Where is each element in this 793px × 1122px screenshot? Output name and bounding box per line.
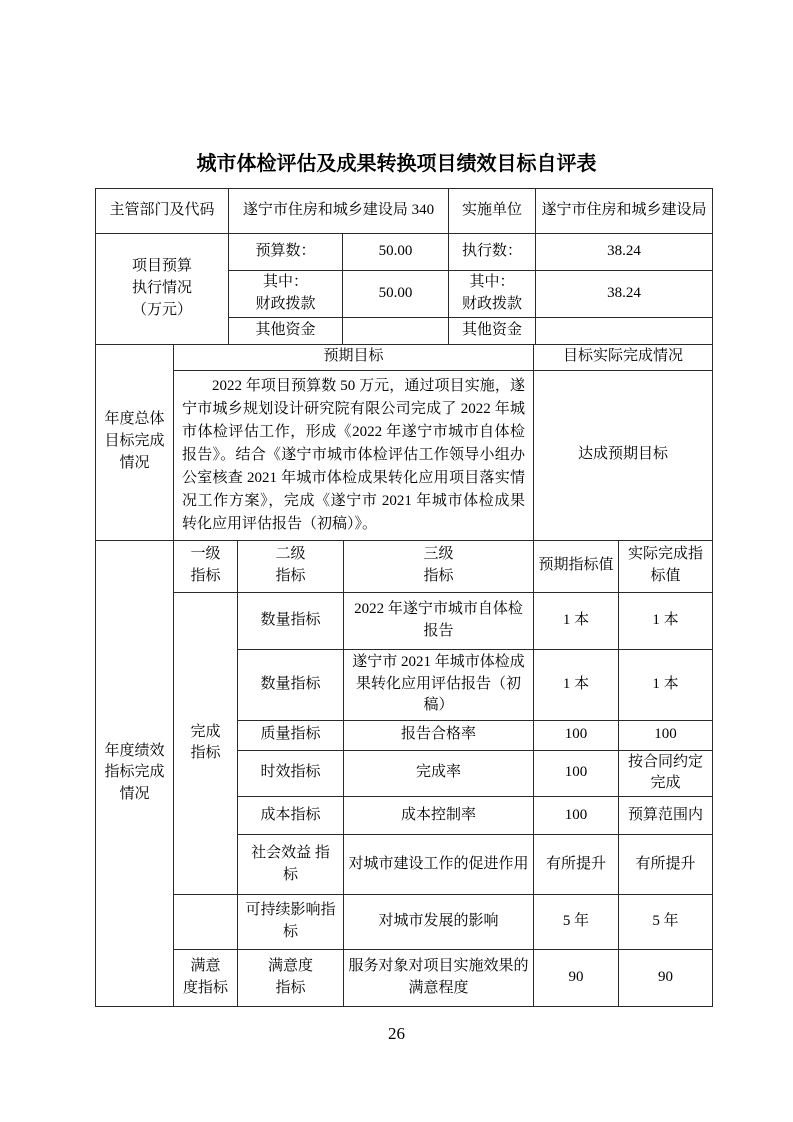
indicator-l2: 数量指标: [238, 592, 344, 649]
annual-goal-section-label: 年度总体 目标完成 情况: [96, 344, 174, 540]
header-level3: 三级 指标: [344, 540, 534, 592]
indicator-expected: 100: [534, 750, 619, 797]
level1-satisfaction-label: 满意 度指标: [174, 950, 238, 1007]
budget-section-label: 项目预算 执行情况 （万元）: [96, 234, 229, 345]
indicator-l3: 成本控制率: [344, 797, 534, 835]
execution-other-funds-value: [536, 317, 713, 344]
actual-goal-header: 目标实际完成情况: [534, 344, 713, 370]
indicator-actual: 100: [619, 720, 713, 750]
indicator-l2: 社会效益 指 标: [238, 835, 344, 895]
self-evaluation-table: 主管部门及代码 遂宁市住房和城乡建设局 340 实施单位 遂宁市住房和城乡建设局…: [95, 188, 712, 1007]
budget-amount-value: 50.00: [343, 234, 449, 271]
page-number: 26: [0, 1024, 793, 1044]
table-row: 主管部门及代码 遂宁市住房和城乡建设局 340 实施单位 遂宁市住房和城乡建设局: [96, 189, 713, 234]
table-row: 可持续影响指 标 对城市发展的影响 5 年 5 年: [96, 895, 713, 950]
indicator-expected: 100: [534, 720, 619, 750]
table-row: 满意 度指标 满意度 指标 服务对象对项目实施效果的满意程度 90 90: [96, 950, 713, 1007]
indicator-expected: 5 年: [534, 895, 619, 950]
indicator-expected: 1 本: [534, 649, 619, 720]
actual-goal-text: 达成预期目标: [534, 370, 713, 540]
header-expected-value: 预期指标值: [534, 540, 619, 592]
execution-fiscal-label: 其中： 财政拨款: [449, 271, 536, 318]
execution-fiscal-value: 38.24: [536, 271, 713, 318]
indicator-l3: 对城市建设工作的促进作用: [344, 835, 534, 895]
table-row: 完成 指标 数量指标 2022 年遂宁市城市自体检报告 1 本 1 本: [96, 592, 713, 649]
indicators-table: 年度绩效 指标完成 情况 一级 指标 二级 指标 三级 指标 预期指标值 实际完…: [95, 540, 713, 1008]
impl-unit-value: 遂宁市住房和城乡建设局: [536, 189, 713, 234]
budget-other-funds-value: [343, 317, 449, 344]
indicator-l2: 时效指标: [238, 750, 344, 797]
dept-code-label: 主管部门及代码: [96, 189, 229, 234]
table-row: 2022 年项目预算数 50 万元，通过项目实施，遂宁市城乡规划设计研究院有限公…: [96, 370, 713, 540]
indicator-expected: 100: [534, 797, 619, 835]
table-row: 年度绩效 指标完成 情况 一级 指标 二级 指标 三级 指标 预期指标值 实际完…: [96, 540, 713, 592]
indicator-actual: 有所提升: [619, 835, 713, 895]
header-level1: 一级 指标: [174, 540, 238, 592]
indicator-expected: 有所提升: [534, 835, 619, 895]
header-level2: 二级 指标: [238, 540, 344, 592]
indicator-expected: 1 本: [534, 592, 619, 649]
indicator-actual: 90: [619, 950, 713, 1007]
indicator-l3: 完成率: [344, 750, 534, 797]
dept-code-value: 遂宁市住房和城乡建设局 340: [229, 189, 449, 234]
indicator-l3: 报告合格率: [344, 720, 534, 750]
indicator-l2: 数量指标: [238, 649, 344, 720]
table-row: 年度总体 目标完成 情况 预期目标 目标实际完成情况: [96, 344, 713, 370]
level1-sustain-cell: [174, 895, 238, 950]
indicator-l3: 2022 年遂宁市城市自体检报告: [344, 592, 534, 649]
info-budget-table: 主管部门及代码 遂宁市住房和城乡建设局 340 实施单位 遂宁市住房和城乡建设局…: [95, 188, 713, 345]
expected-goal-header: 预期目标: [174, 344, 534, 370]
level1-completion-label: 完成 指标: [174, 592, 238, 895]
indicator-actual: 1 本: [619, 649, 713, 720]
budget-amount-label: 预算数：: [229, 234, 343, 271]
budget-fiscal-label: 其中： 财政拨款: [229, 271, 343, 318]
budget-fiscal-value: 50.00: [343, 271, 449, 318]
page-title: 城市体检评估及成果转换项目绩效目标自评表: [0, 147, 793, 176]
annual-goal-table: 年度总体 目标完成 情况 预期目标 目标实际完成情况 2022 年项目预算数 5…: [95, 344, 713, 541]
impl-unit-label: 实施单位: [449, 189, 536, 234]
table-row: 项目预算 执行情况 （万元） 预算数： 50.00 执行数： 38.24: [96, 234, 713, 271]
execution-amount-value: 38.24: [536, 234, 713, 271]
indicator-l3: 服务对象对项目实施效果的满意程度: [344, 950, 534, 1007]
execution-other-funds-label: 其他资金: [449, 317, 536, 344]
expected-goal-text: 2022 年项目预算数 50 万元，通过项目实施，遂宁市城乡规划设计研究院有限公…: [174, 370, 534, 540]
indicator-l3: 对城市发展的影响: [344, 895, 534, 950]
indicator-l2: 可持续影响指 标: [238, 895, 344, 950]
indicator-actual: 按合同约定 完成: [619, 750, 713, 797]
indicator-actual: 1 本: [619, 592, 713, 649]
indicator-actual: 5 年: [619, 895, 713, 950]
budget-other-funds-label: 其他资金: [229, 317, 343, 344]
indicator-l3: 遂宁市 2021 年城市体检成果转化应用评估报告（初稿）: [344, 649, 534, 720]
indicator-l2: 成本指标: [238, 797, 344, 835]
execution-amount-label: 执行数：: [449, 234, 536, 271]
indicator-expected: 90: [534, 950, 619, 1007]
indicator-actual: 预算范围内: [619, 797, 713, 835]
indicator-l2: 质量指标: [238, 720, 344, 750]
header-actual-value: 实际完成指 标值: [619, 540, 713, 592]
document-page: 城市体检评估及成果转换项目绩效目标自评表 主管部门及代码 遂宁市住房和城乡建设局…: [0, 0, 793, 1122]
indicator-l2: 满意度 指标: [238, 950, 344, 1007]
indicators-section-label: 年度绩效 指标完成 情况: [96, 540, 174, 1007]
